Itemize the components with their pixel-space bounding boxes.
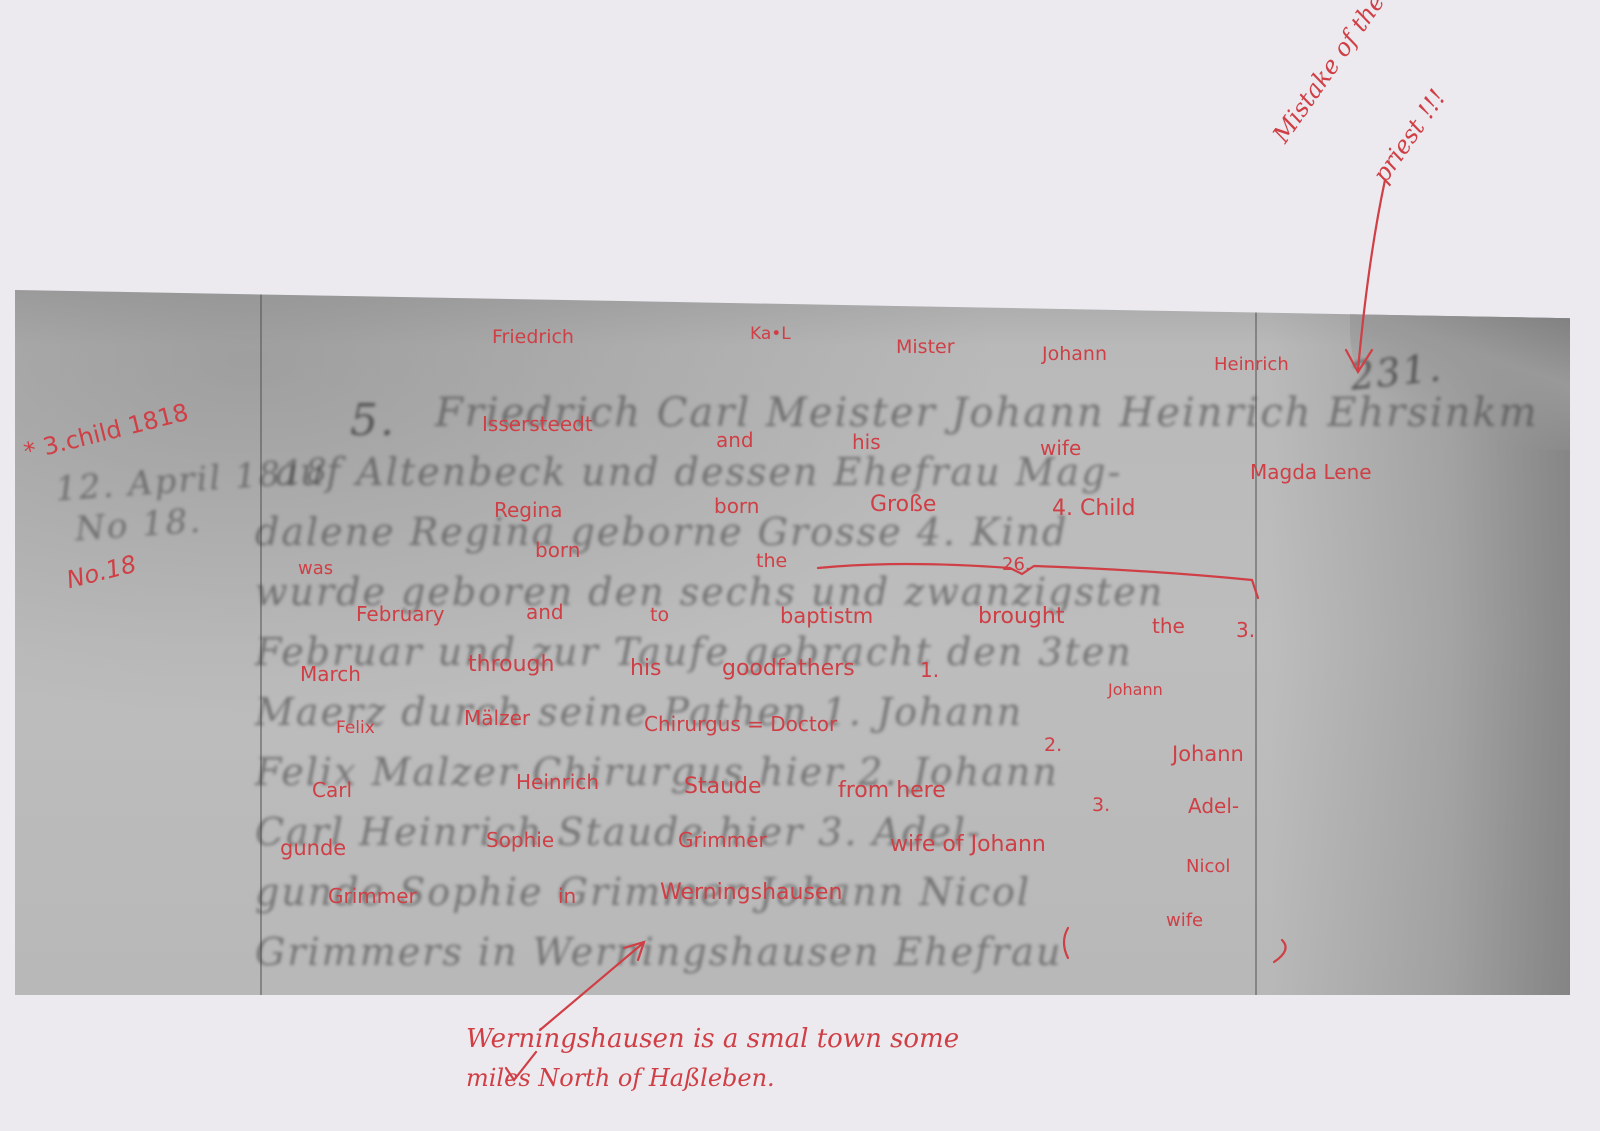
word-february: February [356, 604, 445, 624]
word-johann: Johann [1042, 345, 1107, 364]
word-friedrich: Friedrich [492, 328, 574, 347]
word-num-2: 2. [1044, 736, 1062, 755]
word-and: and [716, 430, 754, 450]
footer-note-line1: Werningshausen is a smal town some [466, 1024, 959, 1054]
word-num-1: 1. [920, 660, 939, 680]
word-mister: Mister [896, 338, 955, 357]
word-num-3: 3. [1092, 796, 1110, 815]
word-his-2: his [630, 658, 662, 680]
word-magdalene: Magda Lene [1250, 462, 1372, 482]
word-staude: Staude [684, 776, 762, 798]
word-was: was [298, 560, 333, 578]
word-through: through [468, 654, 554, 676]
word-grosse: Große [870, 494, 936, 516]
original-entry-number: 5. [350, 395, 396, 446]
word-brought: brought [978, 606, 1064, 628]
word-gunde: gunde [280, 838, 346, 859]
word-wife-of-johann: wife of Johann [890, 834, 1046, 856]
word-johann-2: Johann [1108, 682, 1163, 698]
word-wife: wife [1040, 438, 1081, 458]
word-nicol: Nicol [1186, 858, 1230, 876]
mistake-note-line2: priest !!! [1367, 84, 1451, 188]
word-issersted: Issersteedt [482, 414, 593, 434]
word-goodfathers: goodfathers [722, 658, 855, 680]
original-margin-number: No 18. [74, 501, 204, 550]
word-werningshausen: Werningshausen [660, 882, 842, 904]
word-baptistm: baptistm [780, 606, 873, 627]
word-in: in [558, 886, 576, 906]
word-day-3: 3. [1236, 620, 1255, 640]
word-johann-3: Johann [1172, 744, 1244, 765]
word-fourth-child: 4. Child [1052, 498, 1135, 520]
word-sophie: Sophie [486, 830, 554, 850]
word-grimmer: Grimmer [678, 830, 767, 850]
word-born-2: born [535, 540, 580, 560]
word-born: born [714, 496, 759, 516]
word-regina: Regina [494, 500, 563, 520]
word-his: his [852, 432, 881, 452]
word-malzer: Mälzer [464, 708, 530, 728]
mistake-note-line1: Mistake of the [1267, 0, 1390, 148]
word-march: March [300, 664, 361, 684]
word-carl: Carl [312, 780, 352, 800]
word-heinrich-2: Heinrich [516, 772, 599, 792]
word-day-26: 26. [1002, 556, 1031, 574]
word-the: the [756, 552, 787, 571]
word-and-2: and [526, 602, 564, 622]
word-karl: Ka•L [750, 326, 791, 343]
word-adel: Adel- [1188, 796, 1239, 816]
word-the-2: the [1152, 616, 1185, 636]
word-from-here: from here [838, 780, 946, 802]
word-heinrich: Heinrich [1214, 356, 1289, 374]
word-felix: Felix [336, 720, 375, 737]
footer-note-line2: miles North of Haßleben. [466, 1064, 775, 1092]
word-chirurgus-doctor: Chirurgus = Doctor [644, 714, 837, 734]
word-wife-2: wife [1166, 912, 1203, 930]
word-to: to [650, 606, 669, 625]
word-grimmer-2: Grimmer [328, 886, 417, 906]
